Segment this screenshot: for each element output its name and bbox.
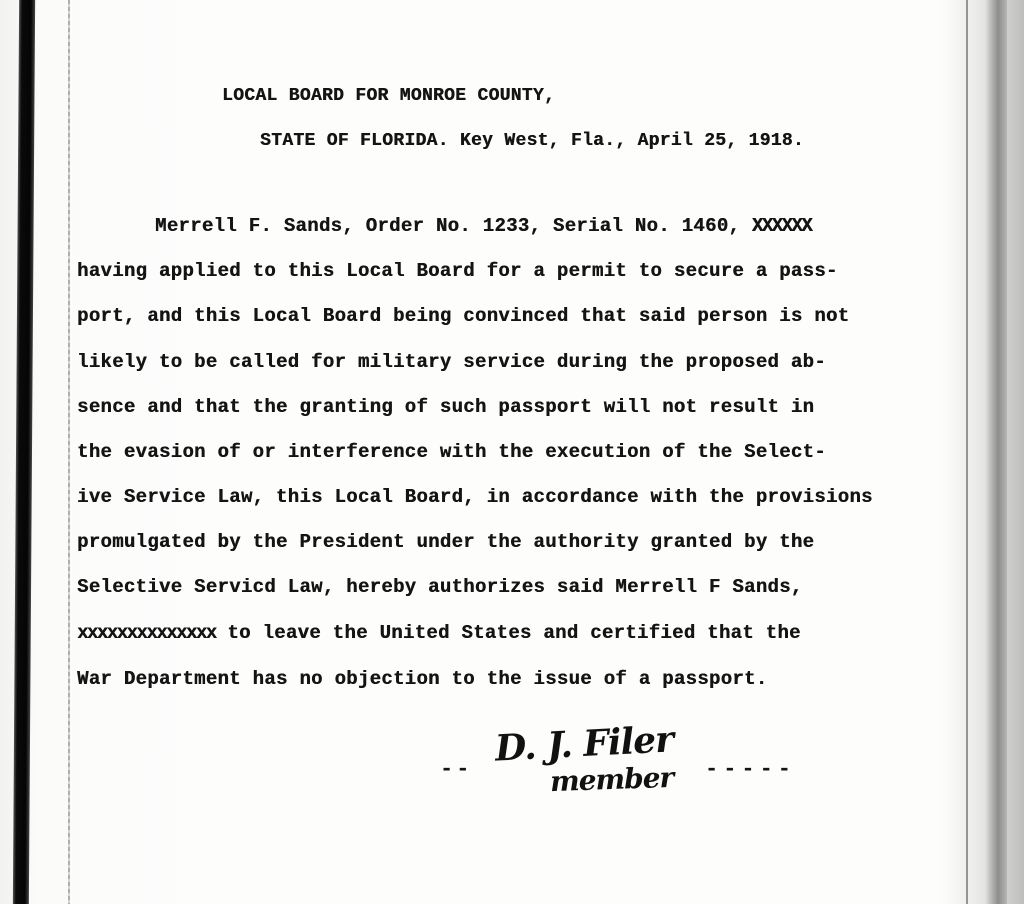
left-margin-line [68,0,70,904]
struck-text: xxxxxxxxxxxxxx [77,622,216,644]
body-line-5: sence and that the granting of such pass… [77,396,814,418]
body-line-7: ive Service Law, this Local Board, in ac… [77,486,873,508]
heading-state-date: STATE OF FLORIDA. Key West, Fla., April … [260,131,804,151]
right-margin-line [966,0,968,904]
heading-board: LOCAL BOARD FOR MONROE COUNTY, [222,86,555,106]
body-line-6: the evasion of or interference with the … [77,441,826,463]
body-line-4: likely to be called for military service… [77,351,826,373]
body-line-1-text: Merrell F. Sands, Order No. 1233, Serial… [155,215,740,237]
signature-line-left: -- [440,757,472,782]
body-line-2: having applied to this Local Board for a… [77,260,838,282]
body-line-11: War Department has no objection to the i… [77,668,767,690]
body-line-1: Merrell F. Sands, Order No. 1233, Serial… [155,215,811,237]
page-edge-shadow [985,0,1007,904]
body-line-10: xxxxxxxxxxxxxx to leave the United State… [77,622,801,644]
signature-block: -- D. J. Filer ----- member [440,715,860,805]
body-line-9: Selective Servicd Law, hereby authorizes… [77,576,803,598]
body-line-3: port, and this Local Board being convinc… [77,305,849,327]
signature-title: member [549,761,673,798]
body-line-8: promulgated by the President under the a… [77,531,814,553]
body-line-10-text: to leave the United States and certified… [227,622,800,644]
struck-text: XXXXXX [752,215,811,237]
signature-line-right: ----- [705,757,796,782]
